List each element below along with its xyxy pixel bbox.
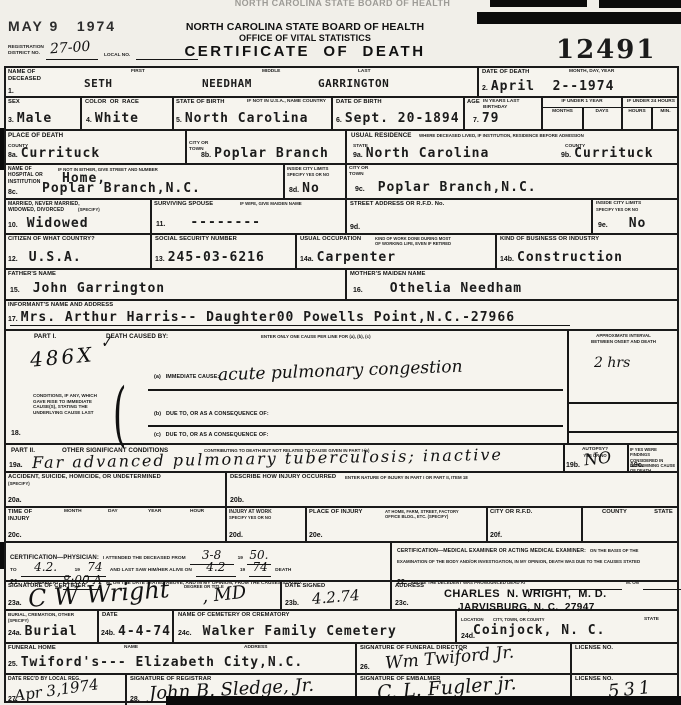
injury-state-label: STATE xyxy=(648,509,679,516)
funeral-home-name-col: NAME xyxy=(124,645,138,651)
place-of-death-label: PLACE OF DEATH xyxy=(8,132,63,140)
certificate-number: 12491 xyxy=(556,35,656,65)
row-informant: INFORMANT'S NAME AND ADDRESS 17.Mrs. Art… xyxy=(6,301,677,331)
death-caused-by-label: DEATH CAUSED BY: xyxy=(106,333,168,341)
local-no-label: LOCAL NO. xyxy=(104,53,130,59)
ssn-label: SOCIAL SECURITY NUMBER xyxy=(155,236,237,243)
race-label: COLOR OR RACE xyxy=(85,99,139,106)
findings-label: IF YES WERE FINDINGS CONSIDERED IN DETER… xyxy=(630,447,678,473)
age-value: 79 xyxy=(482,112,500,125)
sex-label: SEX xyxy=(8,99,20,106)
location-label: LOCATION xyxy=(461,617,484,623)
cell-name-of-deceased: NAME OF DECEASED 1. FIRST MIDDLE LAST SE… xyxy=(6,68,479,96)
cell-state-of-birth: STATE OF BIRTH IF NOT IN U.S.A., NAME CO… xyxy=(174,98,333,129)
injury-city-label: CITY OR R.F.D. xyxy=(490,509,533,516)
license-no-label: LICENSE NO. xyxy=(575,645,613,652)
occupation-label: USUAL OCCUPATION xyxy=(300,236,361,243)
bottom-scan-bar xyxy=(166,696,681,705)
row-certification: CERTIFICATION—PHYSICIAN: I ATTENDED THE … xyxy=(6,543,677,582)
row-accident: ACCIDENT, SUICIDE, HOMICIDE, OR UNDETERM… xyxy=(6,473,677,508)
registration-district-value: 27-00 xyxy=(49,39,90,58)
cell-date-received: DATE REC'D BY LOCAL REG. 27. Apr 3,1974 xyxy=(6,675,127,705)
location-value: Coinjock, N. C. xyxy=(473,624,605,637)
cell-informant: INFORMANT'S NAME AND ADDRESS 17.Mrs. Art… xyxy=(6,301,679,329)
row-marital: MARRIED, NEVER MARRIED, WIDOWED, DIVORCE… xyxy=(6,200,677,235)
immediate-cause-value: acute pulmonary congestion xyxy=(218,357,463,386)
immediate-cause-label: (a) IMMEDIATE CAUSE: xyxy=(154,374,219,381)
name-label-2: DECEASED xyxy=(8,76,41,83)
brace-glyph: ( xyxy=(113,379,127,449)
industry-value: Construction xyxy=(517,251,623,264)
cell-street-address: STREET ADDRESS OR R.F.D. No. 9d. xyxy=(347,200,593,233)
cell-funeral-director-signature: SIGNATURE OF FUNERAL DIRECTOR 26. Wm Twi… xyxy=(357,644,572,673)
cell-injury-city: CITY OR R.F.D. 20f. xyxy=(488,508,583,541)
field-number: 18. xyxy=(11,430,21,437)
cell-injury-at-work: INJURY AT WORK SPECIFY YES OR NO 20d. xyxy=(227,508,307,541)
funeral-home-value: Twiford's--- Elizabeth City,N.C. xyxy=(21,656,303,669)
row-certifier-signature: SIGNATURE OF CERTIFIER DEGREE OR TITLE 2… xyxy=(6,582,677,611)
burial-sublabel: (SPECIFY) xyxy=(8,618,29,623)
interval-label-1: APPROXIMATE INTERVAL xyxy=(571,333,676,339)
cell-place-of-injury: PLACE OF INJURY AT HOME, FARM, STREET, F… xyxy=(307,508,488,541)
how-injury-sublabel: ENTER NATURE OF INJURY IN PART I OR PART… xyxy=(345,475,468,481)
spouse-label: SURVIVING SPOUSE xyxy=(154,201,213,208)
conditions-label: CONDITIONS, IF ANY, WHICH GAVE RISE TO I… xyxy=(33,393,109,416)
funeral-home-address-col: ADDRESS xyxy=(244,645,267,651)
pod-icl-sublabel: SPECIFY YES OR NO xyxy=(287,172,329,177)
mother-label: MOTHER'S MAIDEN NAME xyxy=(350,271,426,278)
under-1-year-label: IF UNDER 1 YEAR xyxy=(543,99,621,105)
burial-date-value: 4-4-74 xyxy=(118,625,171,638)
row-funeral-home: FUNERAL HOME NAME ADDRESS 25.Twiford's--… xyxy=(6,644,677,675)
res-icl-sublabel: SPECIFY YES OR NO xyxy=(596,207,638,212)
year-label: YEAR xyxy=(148,509,161,515)
address-label: ADDRESS xyxy=(395,583,424,590)
min-label: MIN. xyxy=(652,109,679,115)
cell-injury-state: STATE xyxy=(648,508,679,541)
cell-burial: BURIAL, CREMATION, OTHER (SPECIFY) 24a.B… xyxy=(6,611,99,642)
usual-residence-label: USUAL RESIDENCE xyxy=(351,132,412,140)
ssn-value: 245-03-6216 xyxy=(168,251,265,264)
place-of-injury-label: PLACE OF INJURY xyxy=(309,509,362,516)
cell-res-city: CITY OR TOWN 9c.Poplar Branch,N.C. xyxy=(347,165,679,198)
cell-funeral-home: FUNERAL HOME NAME ADDRESS 25.Twiford's--… xyxy=(6,644,357,673)
street-address-label: STREET ADDRESS OR R.F.D. No. xyxy=(350,201,444,208)
spouse-value: -------- xyxy=(190,216,261,229)
cell-certifier-address: ADDRESS 23c. CHARLES N. WRIGHT, M. D. JA… xyxy=(392,582,679,609)
cell-time-of-injury: TIME OF INJURY MONTH DAY YEAR HOUR 20c. xyxy=(6,508,227,541)
field-number: 2. xyxy=(482,85,488,92)
father-value: John Garrington xyxy=(33,282,165,295)
pod-icl-value: No xyxy=(302,182,320,195)
mother-value: Othelia Needham xyxy=(390,282,522,295)
date-of-death-label: DATE OF DEATH xyxy=(482,69,529,76)
burial-value: Burial xyxy=(25,625,78,638)
registration-label-2: DISTRICT NO. xyxy=(8,51,40,57)
marital-sublabel: (SPECIFY) xyxy=(78,207,100,213)
date-of-birth-label: DATE OF BIRTH xyxy=(336,99,382,106)
cell-ssn: SOCIAL SECURITY NUMBER 13.245-03-6216 xyxy=(152,235,297,268)
cell-accident: ACCIDENT, SUICIDE, HOMICIDE, OR UNDETERM… xyxy=(6,473,227,506)
date-of-death-sublabel: MONTH, DAY, YEAR xyxy=(569,69,614,75)
marital-label: MARRIED, NEVER MARRIED, WIDOWED, DIVORCE… xyxy=(8,201,80,214)
cell-industry: KIND OF BUSINESS OR INDUSTRY 14b.Constru… xyxy=(497,235,679,268)
injury-at-work-sublabel: SPECIFY YES OR NO xyxy=(229,515,271,520)
marital-value: Widowed xyxy=(27,217,89,230)
injury-county-label: COUNTY xyxy=(583,509,646,516)
field-number: 1. xyxy=(8,88,14,95)
month-label: MONTH xyxy=(64,509,82,515)
state-of-birth-sublabel: IF NOT IN U.S.A., NAME COUNTRY xyxy=(236,99,326,105)
cell-age: AGE IN YEARS LAST BIRTHDAY 7.79 xyxy=(465,98,543,129)
cell-date-signed: DATE SIGNED 23b. 4.2.74 xyxy=(282,582,392,609)
informant-label: INFORMANT'S NAME AND ADDRESS xyxy=(8,302,113,309)
day-label: DAY xyxy=(108,509,118,515)
date-of-birth-value: Sept. 20-1894 xyxy=(345,112,460,125)
received-date-stamp: MAY 9 1974 xyxy=(8,18,116,36)
cell-burial-location: LOCATION CITY, TOWN, OR COUNTY 24d. Coin… xyxy=(457,611,624,642)
row-part-2: PART II. OTHER SIGNIFICANT CONDITIONS CO… xyxy=(6,445,677,473)
state-of-birth-value: North Carolina xyxy=(185,112,309,125)
interval-label-2: BETWEEN ONSET AND DEATH xyxy=(571,339,676,345)
days-label: DAYS xyxy=(583,109,621,115)
last-name-value: GARRINGTON xyxy=(318,78,389,89)
pod-city-value: Poplar Branch xyxy=(214,147,329,160)
redaction-bar xyxy=(490,0,587,7)
cell-marital-status: MARRIED, NEVER MARRIED, WIDOWED, DIVORCE… xyxy=(6,200,152,233)
father-label: FATHER'S NAME xyxy=(8,271,56,278)
under-24-hours-label: IF UNDER 24 HOURS xyxy=(623,99,679,105)
redaction-bar xyxy=(477,12,681,24)
cell-father: FATHER'S NAME 15.John Garrington xyxy=(6,270,347,299)
burial-label: BURIAL, CREMATION, OTHER xyxy=(8,612,74,618)
row-name: NAME OF DECEASED 1. FIRST MIDDLE LAST SE… xyxy=(6,68,677,98)
pod-county-value: Currituck xyxy=(21,147,100,160)
cell-race: COLOR OR RACE 4.White xyxy=(82,98,174,129)
first-name-value: SETH xyxy=(84,78,113,89)
cert-me-title: CERTIFICATION—MEDICAL EXAMINER OR ACTING… xyxy=(397,548,586,555)
cell-pod-county: PLACE OF DEATH COUNTY 8a.Currituck xyxy=(6,131,187,163)
autopsy-value: NO xyxy=(583,448,612,470)
row-part-1: PART I. DEATH CAUSED BY: ENTER ONLY ONE … xyxy=(6,331,677,445)
informant-value: Mrs. Arthur Harris-- Daughter00 Powells … xyxy=(21,311,515,324)
cell-cemetery: NAME OF CEMETERY OR CREMATORY 24c.Walker… xyxy=(174,611,457,642)
due-to-c-label: (c) DUE TO, OR AS A CONSEQUENCE OF: xyxy=(154,432,268,439)
industry-label: KIND OF BUSINESS OR INDUSTRY xyxy=(500,236,599,243)
cell-if-under-24-hours: IF UNDER 24 HOURS HOURS MIN. xyxy=(623,98,679,129)
part1-label: PART I. xyxy=(34,333,56,341)
cell-certification-physician: CERTIFICATION—PHYSICIAN: I ATTENDED THE … xyxy=(6,543,392,580)
date-signed-value: 4.2.74 xyxy=(311,586,360,608)
row-parents: FATHER'S NAME 15.John Garrington MOTHER'… xyxy=(6,270,677,301)
certificate-form: NAME OF DECEASED 1. FIRST MIDDLE LAST SE… xyxy=(4,66,679,703)
cell-date-of-birth: DATE OF BIRTH 6.Sept. 20-1894 xyxy=(333,98,465,129)
cell-director-license: LICENSE NO. xyxy=(572,644,679,673)
place-of-injury-sublabel: AT HOME, FARM, STREET, FACTORY OFFICE BL… xyxy=(385,509,459,520)
cell-citizen: CITIZEN OF WHAT COUNTRY? 12.U.S.A. xyxy=(6,235,152,268)
name-col-first: FIRST xyxy=(131,69,145,75)
cell-res-inside-city-limits: INSIDE CITY LIMITS SPECIFY YES OR NO 9e.… xyxy=(593,200,679,233)
name-col-last: LAST xyxy=(358,69,371,75)
accident-label: ACCIDENT, SUICIDE, HOMICIDE, OR UNDETERM… xyxy=(8,474,161,481)
res-county-value: Currituck xyxy=(574,147,653,160)
hours-label: HOURS xyxy=(623,109,651,115)
accident-sublabel: (SPECIFY) xyxy=(8,481,30,487)
cell-occupation: USUAL OCCUPATION KIND OF WORK DONE DURIN… xyxy=(297,235,497,268)
cell-injury-county: COUNTY xyxy=(583,508,648,541)
part1-note: ENTER ONLY ONE CAUSE PER LINE FOR (a), (… xyxy=(261,334,371,340)
row-citizen: CITIZEN OF WHAT COUNTRY? 12.U.S.A. SOCIA… xyxy=(6,235,677,270)
cell-how-injury: DESCRIBE HOW INJURY OCCURRED ENTER NATUR… xyxy=(227,473,679,506)
physician-stamp-line1: CHARLES N. WRIGHT, M. D. xyxy=(444,588,607,602)
death-certificate-scan: NORTH CAROLINA STATE BOARD OF HEALTH MAY… xyxy=(0,0,681,705)
pod-icl-label: INSIDE CITY LIMITS xyxy=(287,166,328,172)
burial-date-label: DATE xyxy=(102,612,118,619)
location-sublabel: CITY, TOWN, OR COUNTY xyxy=(493,617,545,622)
state-of-birth-label: STATE OF BIRTH xyxy=(176,99,225,106)
res-city-value: Poplar Branch,N.C. xyxy=(378,181,537,194)
hospital-label: NAME OF HOSPITAL OR INSTITUTION xyxy=(8,166,43,185)
usual-residence-sublabel: WHERE DECEASED LIVED, IF INSTITUTION, RE… xyxy=(419,133,584,139)
citizen-value: U.S.A. xyxy=(29,251,82,264)
middle-name-value: NEEDHAM xyxy=(202,78,252,89)
row-demographics: SEX 3.Male COLOR OR RACE 4.White STATE O… xyxy=(6,98,677,131)
row-place-of-death: PLACE OF DEATH COUNTY 8a.Currituck CITY … xyxy=(6,131,677,165)
burial-state-label: STATE xyxy=(624,617,679,623)
cell-surviving-spouse: SURVIVING SPOUSE IF WIFE, GIVE MAIDEN NA… xyxy=(152,200,347,233)
cell-sex: SEX 3.Male xyxy=(6,98,82,129)
interval-value: 2 hrs xyxy=(594,355,630,371)
faded-top-text: NORTH CAROLINA STATE BOARD OF HEALTH xyxy=(170,0,515,9)
hospital-value-line2: Poplar Branch,N.C. xyxy=(42,182,201,195)
res-city-label: CITY OR TOWN xyxy=(349,166,368,178)
months-label: MONTHS xyxy=(543,109,582,115)
funeral-home-label: FUNERAL HOME xyxy=(8,645,56,652)
cemetery-value: Walker Family Cemetery xyxy=(203,625,397,638)
time-of-injury-label: TIME OF INJURY xyxy=(8,509,32,523)
cell-burial-state: STATE xyxy=(624,611,679,642)
date-of-death-value: April 2--1974 xyxy=(491,80,615,93)
occupation-sublabel: KIND OF WORK DONE DURING MOST OF WORKING… xyxy=(375,236,451,247)
occupation-value: Carpenter xyxy=(317,251,396,264)
age-sublabel: IN YEARS LAST BIRTHDAY xyxy=(483,99,538,111)
cell-usual-residence: USUAL RESIDENCE WHERE DECEASED LIVED, IF… xyxy=(347,131,679,163)
res-icl-value: No xyxy=(629,217,647,230)
row-injury-details: TIME OF INJURY MONTH DAY YEAR HOUR 20c. … xyxy=(6,508,677,543)
cell-hospital: NAME OF HOSPITAL OR INSTITUTION IF NOT I… xyxy=(6,165,285,198)
cell-pod-inside-city-limits: INSIDE CITY LIMITS SPECIFY YES OR NO 8d.… xyxy=(285,165,347,198)
certifier-degree: , MD xyxy=(201,582,247,608)
sex-value: Male xyxy=(17,112,52,125)
row-hospital: NAME OF HOSPITAL OR INSTITUTION IF NOT I… xyxy=(6,165,677,200)
row-burial: BURIAL, CREMATION, OTHER (SPECIFY) 24a.B… xyxy=(6,611,677,644)
icd-code-handwritten: 486X xyxy=(29,342,95,372)
redaction-bar xyxy=(599,0,681,8)
due-to-b-label: (b) DUE TO, OR AS A CONSEQUENCE OF: xyxy=(154,411,269,418)
how-injury-label: DESCRIBE HOW INJURY OCCURRED xyxy=(230,474,336,481)
cell-burial-date: DATE 24b.4-4-74 xyxy=(99,611,174,642)
cell-certification-medical-examiner: CERTIFICATION—MEDICAL EXAMINER OR ACTING… xyxy=(392,543,679,580)
cemetery-label: NAME OF CEMETERY OR CREMATORY xyxy=(178,612,290,619)
citizen-label: CITIZEN OF WHAT COUNTRY? xyxy=(8,236,95,243)
physician-stamp-line2: JARVISBURG, N. C. 27947 xyxy=(458,602,595,615)
cell-pod-city: CITY OR TOWN 8b.Poplar Branch xyxy=(187,131,347,163)
name-col-middle: MIDDLE xyxy=(262,69,280,75)
cell-date-of-death: DATE OF DEATH MONTH, DAY, YEAR 2. April … xyxy=(479,68,679,96)
hour-label: HOUR xyxy=(190,509,204,515)
res-state-value: North Carolina xyxy=(366,147,490,160)
cell-mother: MOTHER'S MAIDEN NAME 16.Othelia Needham xyxy=(347,270,679,299)
cell-if-under-1-year: IF UNDER 1 YEAR MONTHS DAYS xyxy=(543,98,623,129)
spouse-sublabel: IF WIFE, GIVE MAIDEN NAME xyxy=(240,201,302,207)
age-label: AGE xyxy=(467,99,480,106)
cell-certifier-signature: SIGNATURE OF CERTIFIER DEGREE OR TITLE 2… xyxy=(6,582,282,609)
race-value: White xyxy=(95,112,139,125)
